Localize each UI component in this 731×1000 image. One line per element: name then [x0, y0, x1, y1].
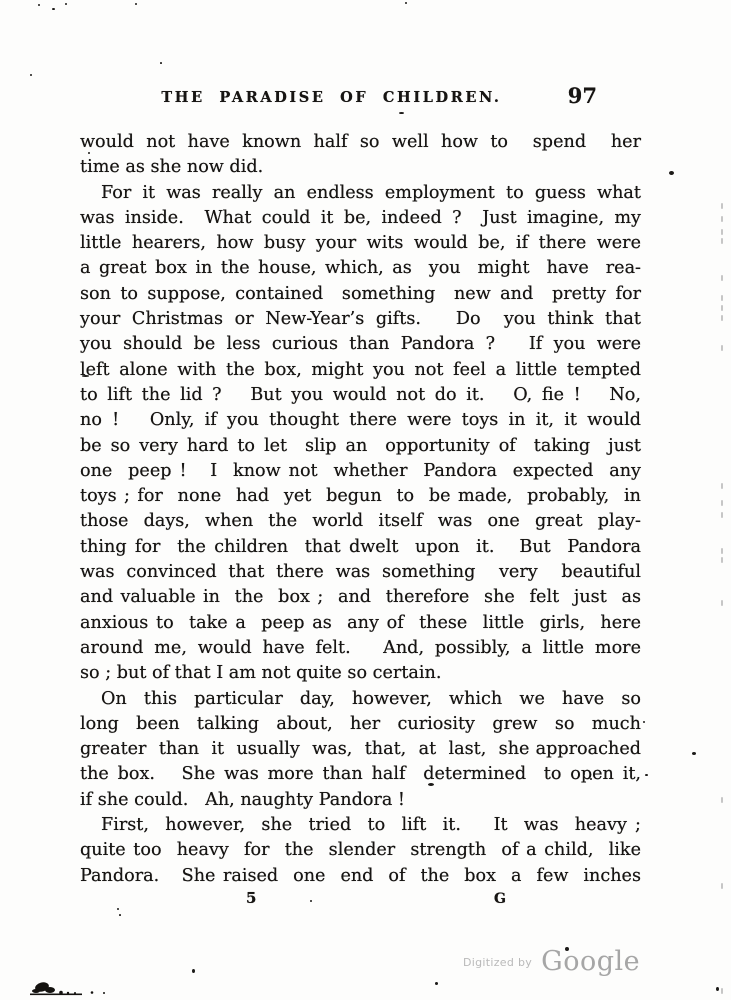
scan-edge-tick: [721, 557, 723, 563]
text-line: anxious to take a peep as any of these l…: [80, 611, 641, 636]
text-line: no ! Only, if you thought there were toy…: [80, 408, 641, 433]
scan-edge-tick: [721, 548, 723, 554]
ink-speck: [135, 3, 137, 5]
text-line: quite too heavy for the slender strength…: [80, 838, 641, 863]
text-line: one peep ! I know not whether Pandora ex…: [80, 459, 641, 484]
scan-edge-tick: [721, 275, 723, 281]
text-line: First, however, she tried to lift it. It…: [80, 813, 641, 838]
scan-edge-tick: [721, 600, 723, 606]
ink-speck: [643, 721, 645, 723]
ink-speck: [583, 773, 585, 775]
text-line: long been talking about, her curiosity g…: [80, 712, 641, 737]
text-line: your Christmas or New-Year’s gifts. Do y…: [80, 307, 641, 332]
digitization-watermark: Digitized by Google: [463, 946, 683, 980]
text-line: thing for the children that dwelt upon i…: [80, 535, 641, 560]
ink-speck: [52, 8, 55, 10]
scan-edge-tick: [721, 229, 723, 235]
ink-speck: [565, 947, 569, 951]
text-line: those days, when the world itself was on…: [80, 509, 641, 534]
text-line: be so very hard to let slip an opportuni…: [80, 434, 641, 459]
ink-speck: [30, 74, 32, 76]
text-line: and valuable in the box ; and therefore …: [80, 585, 641, 610]
ink-speck: [88, 152, 90, 154]
text-line: toys ; for none had yet begun to be made…: [80, 484, 641, 509]
text-line: left alone with the box, might you not f…: [80, 358, 641, 383]
scan-edge-tick: [721, 295, 723, 301]
scanned-book-page: THE PARADISE OF CHILDREN. 97 would not h…: [0, 0, 731, 1000]
text-line: greater than it usually was, that, at la…: [80, 737, 641, 762]
ink-speck: [160, 62, 162, 64]
ink-speck: [428, 783, 434, 786]
ink-speck: [399, 112, 404, 114]
text-line: a great box in the house, which, as you …: [80, 256, 641, 281]
scan-edge-tick: [721, 512, 723, 518]
ink-speck: [117, 908, 119, 910]
scan-edge-tick: [721, 500, 723, 506]
ink-speck: [310, 900, 312, 902]
scan-edge-tick: [721, 315, 723, 321]
gathering-signature: G: [494, 891, 506, 907]
running-head: THE PARADISE OF CHILDREN. 97: [80, 89, 641, 115]
scan-edge-tick: [721, 883, 723, 889]
text-line: the box. She was more than half determin…: [80, 762, 641, 787]
text-line: little hearers, how busy your wits would…: [80, 231, 641, 256]
ink-speck: [590, 778, 592, 780]
ink-blot: [28, 979, 118, 1000]
text-line: was inside. What could it be, indeed ? J…: [80, 206, 641, 231]
ink-speck: [119, 914, 121, 916]
text-line: around me, would have felt. And, possibl…: [80, 636, 641, 661]
scan-edge-tick: [721, 305, 723, 311]
google-logo: Google: [541, 946, 640, 977]
ink-speck: [716, 987, 719, 991]
ink-speck: [645, 774, 648, 776]
text-line: if she could. Ah, naughty Pandora !: [80, 788, 641, 813]
ink-speck: [82, 375, 89, 377]
text-line: For it was really an endless employment …: [80, 181, 641, 206]
signature-number: 5: [246, 889, 256, 907]
ink-speck: [192, 969, 195, 973]
scan-edge-tick: [721, 238, 723, 244]
scan-edge-tick: [721, 203, 723, 209]
scan-edge-tick: [721, 483, 723, 489]
text-line: son to suppose, contained something new …: [80, 282, 641, 307]
ink-speck: [669, 171, 674, 175]
text-body: would not have known half so well how to…: [80, 130, 641, 889]
scan-edge-tick: [721, 797, 723, 803]
page-number: 97: [568, 83, 597, 108]
text-line: Pandora. She raised one end of the box a…: [80, 864, 641, 889]
ink-speck: [435, 982, 438, 985]
ink-speck: [65, 3, 67, 5]
chapter-title: THE PARADISE OF CHILDREN.: [80, 89, 641, 106]
watermark-prefix-text: Digitized by: [463, 956, 532, 969]
text-line: to lift the lid ? But you would not do i…: [80, 383, 641, 408]
ink-speck: [405, 2, 407, 4]
text-line: would not have known half so well how to…: [80, 130, 641, 155]
page-footer: 5 G: [80, 888, 641, 908]
ink-speck: [692, 752, 696, 755]
ink-speck: [38, 4, 40, 6]
text-line: On this particular day, however, which w…: [80, 687, 641, 712]
scan-edge-tick: [721, 345, 723, 351]
text-line: was convinced that there was something v…: [80, 560, 641, 585]
text-line: so ; but of that I am not quite so certa…: [80, 661, 641, 686]
scan-edge-tick: [721, 216, 723, 222]
scan-edge-tick: [721, 988, 723, 994]
text-line: you should be less curious than Pandora …: [80, 332, 641, 357]
text-line: time as she now did.: [80, 155, 641, 180]
